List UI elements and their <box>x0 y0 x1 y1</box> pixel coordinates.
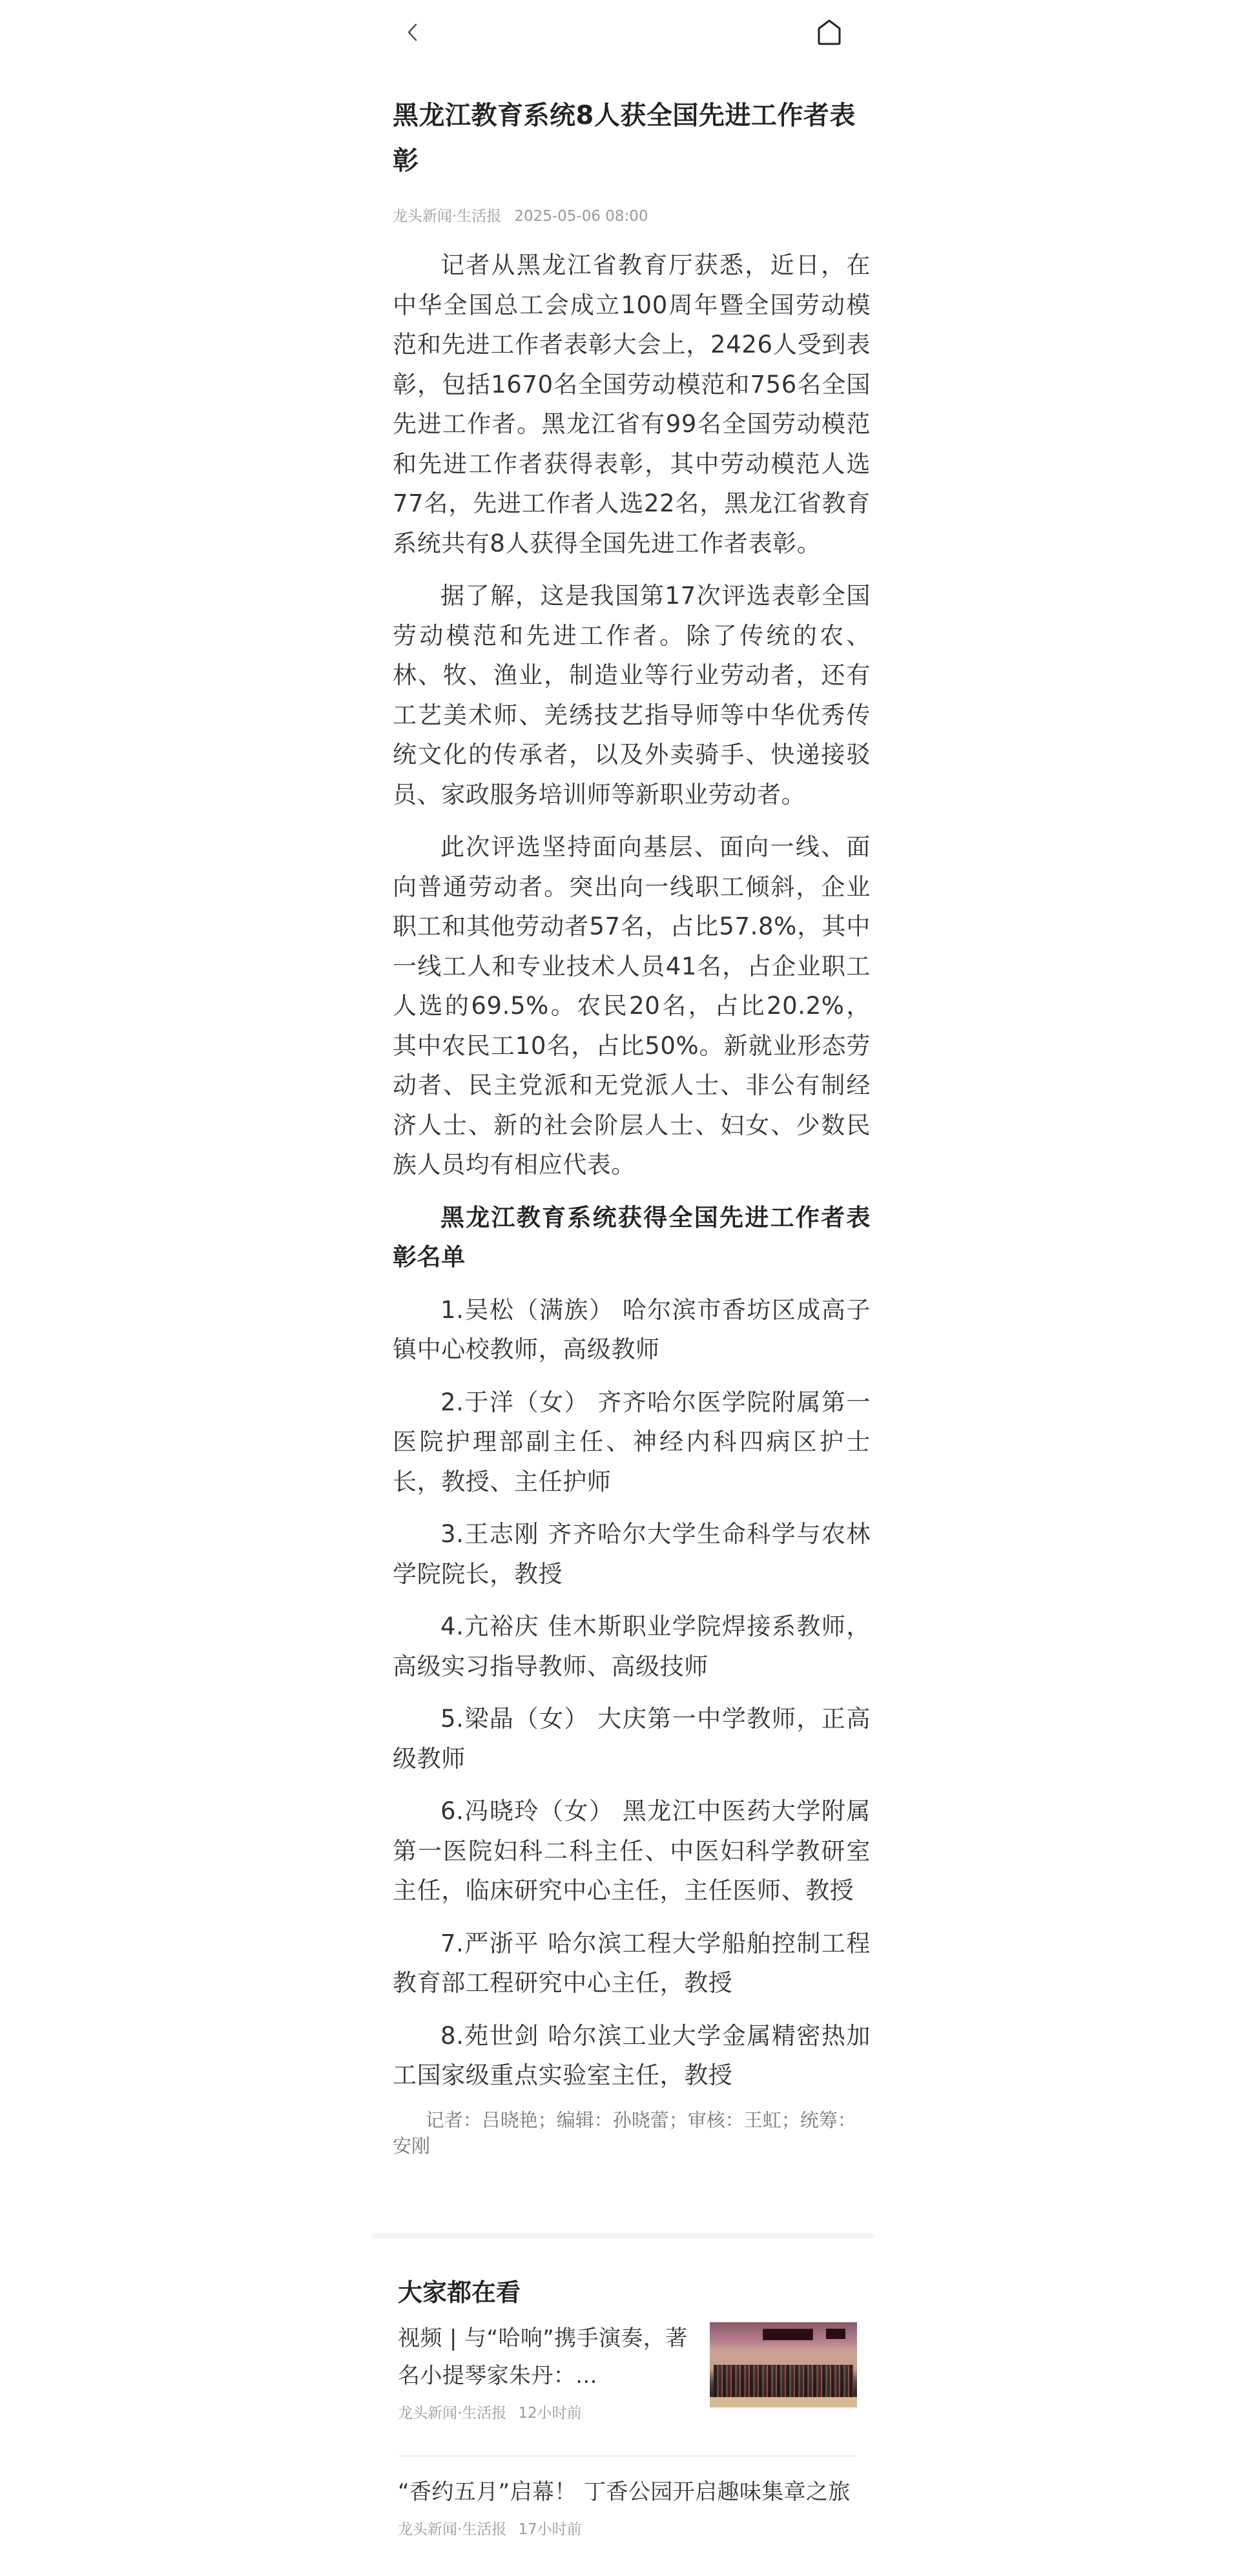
top-nav-bar <box>372 0 874 65</box>
thumbnail-orchestra <box>714 2365 853 2397</box>
section-divider <box>372 2233 874 2238</box>
recommended-item-source: 龙头新闻·生活报 <box>398 2521 506 2538</box>
honoree-item: 2.于洋（女） 齐齐哈尔医学院附属第一医院护理部副主任、神经内科四病区护士长，教… <box>393 1383 871 1502</box>
recommended-item-time: 12小时前 <box>518 2405 581 2422</box>
recommended-item-source: 龙头新闻·生活报 <box>398 2405 506 2422</box>
honoree-item: 3.王志刚 齐齐哈尔大学生命科学与农林学院院长，教授 <box>393 1514 871 1594</box>
article: 黑龙江教育系统8人获全国先进工作者表彰 龙头新闻·生活报2025-05-06 0… <box>393 93 871 2159</box>
chevron-left-icon <box>403 19 426 45</box>
recommended-item[interactable]: 视频 | 与“哈响”携手演奏，著名小提琴家朱丹：... 龙头新闻·生活报12小时… <box>398 2320 857 2455</box>
honoree-item: 5.梁晶（女） 大庆第一中学教师，正高级教师 <box>393 1699 871 1778</box>
article-publish-time: 2025-05-06 08:00 <box>514 208 648 225</box>
thumbnail-stage-floor <box>710 2397 857 2407</box>
article-paragraph: 记者从黑龙江省教育厅获悉，近日，在中华全国总工会成立100周年暨全国劳动模范和先… <box>393 245 871 563</box>
article-meta: 龙头新闻·生活报2025-05-06 08:00 <box>393 207 871 226</box>
honoree-item: 1.吴松（满族） 哈尔滨市香坊区成高子镇中心校教师，高级教师 <box>393 1290 871 1370</box>
article-body: 记者从黑龙江省教育厅获悉，近日，在中华全国总工会成立100周年暨全国劳动模范和先… <box>393 245 871 2159</box>
honoree-item: 4.亢裕庆 佳木斯职业学院焊接系教师，高级实习指导教师、高级技师 <box>393 1607 871 1686</box>
recommended-item-meta: 龙头新闻·生活报17小时前 <box>398 2520 857 2539</box>
recommended-item-time: 17小时前 <box>518 2521 581 2538</box>
back-button[interactable] <box>403 19 426 45</box>
thumbnail-wall <box>710 2348 857 2365</box>
recommended-item[interactable]: “香约五月”启幕！ 丁香公园开启趣味集章之旅 龙头新闻·生活报17小时前 <box>398 2457 857 2539</box>
recommended-item-thumbnail[interactable] <box>710 2322 857 2407</box>
home-icon <box>815 18 843 46</box>
article-credits: 记者：吕晓艳；编辑：孙晓蕾；审核：王虹；统筹：安刚 <box>393 2107 871 2159</box>
article-source[interactable]: 龙头新闻·生活报 <box>393 208 501 225</box>
thumbnail-led-screen <box>826 2329 845 2339</box>
article-paragraph: 此次评选坚持面向基层、面向一线、面向普通劳动者。突出向一线职工倾斜，企业职工和其… <box>393 827 871 1185</box>
article-title: 黑龙江教育系统8人获全国先进工作者表彰 <box>393 93 871 183</box>
honoree-item: 7.严浙平 哈尔滨工程大学船舶控制工程教育部工程研究中心主任，教授 <box>393 1924 871 2003</box>
honoree-item: 6.冯晓玲（女） 黑龙江中医药大学附属第一医院妇科二科主任、中医妇科学教研室主任… <box>393 1791 871 1911</box>
recommended-item-headline[interactable]: “香约五月”启幕！ 丁香公园开启趣味集章之旅 <box>398 2473 857 2511</box>
home-button[interactable] <box>815 18 843 46</box>
honoree-item: 8.苑世剑 哈尔滨工业大学金属精密热加工国家级重点实验室主任，教授 <box>393 2016 871 2096</box>
recommended-heading: 大家都在看 <box>398 2273 857 2312</box>
recommended-item-headline[interactable]: 视频 | 与“哈响”携手演奏，著名小提琴家朱丹：... <box>398 2320 695 2395</box>
thumbnail-led-screen <box>763 2329 813 2340</box>
recommended-section: 大家都在看 视频 | 与“哈响”携手演奏，著名小提琴家朱丹：... 龙头新闻·生… <box>398 2273 857 2539</box>
article-paragraph: 据了解，这是我国第17次评选表彰全国劳动模范和先进工作者。除了传统的农、林、牧、… <box>393 576 871 814</box>
honoree-list-heading: 黑龙江教育系统获得全国先进工作者表彰名单 <box>393 1198 871 1277</box>
article-page: 黑龙江教育系统8人获全国先进工作者表彰 龙头新闻·生活报2025-05-06 0… <box>372 0 874 2576</box>
